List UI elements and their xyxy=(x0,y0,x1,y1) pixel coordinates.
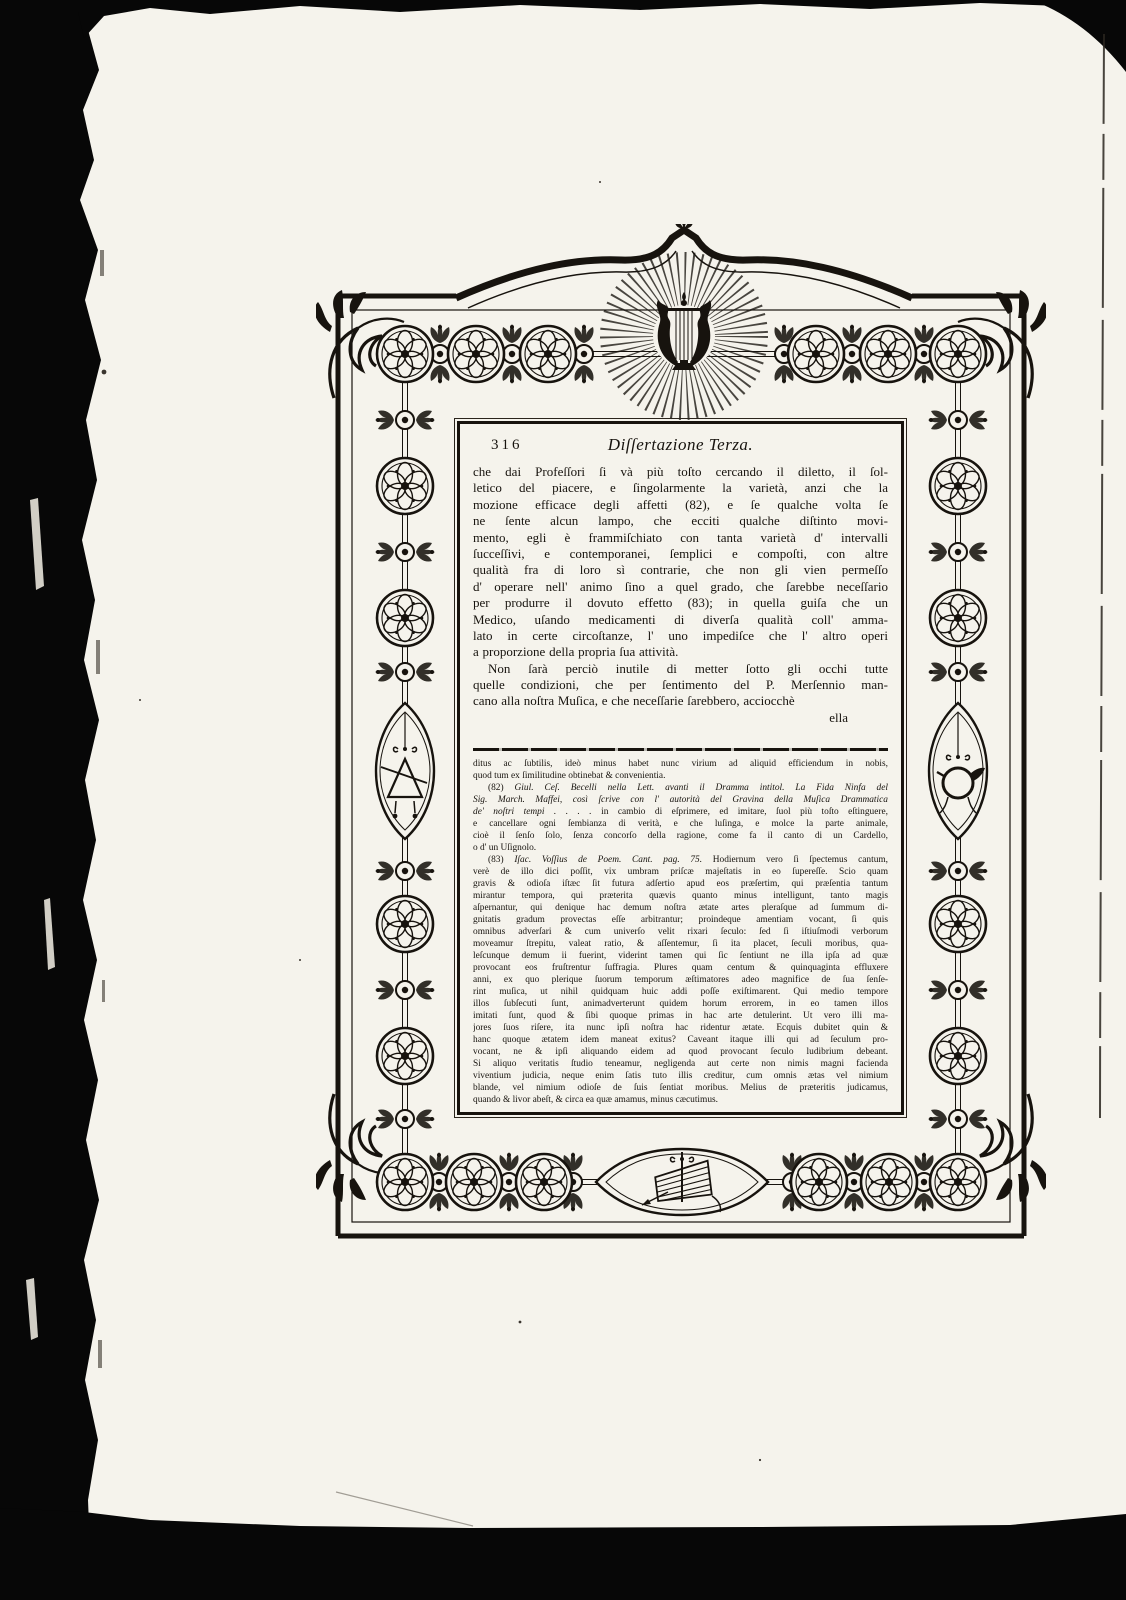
text-line: rint muſica, ut nihil quidquam huic addi… xyxy=(473,986,888,998)
text-line: per produrre il dovuto effetto (83); in … xyxy=(473,595,888,611)
footnote-continuation: ditus ac ſubtilis, ideò minus habet nunc… xyxy=(473,758,888,782)
text-line: mirantur tempora, qui præterita quævis q… xyxy=(473,890,888,902)
text-line: gnitatis gradum provectas eſſe arbitrant… xyxy=(473,914,888,926)
text-line: cano alla noſtra Muſica, e che neceſſari… xyxy=(473,693,888,709)
text-line: de' noſtri tempi . . . . in cambio di eſ… xyxy=(473,806,888,818)
text-line: hanc quoque ætatem idem maneat exitus? C… xyxy=(473,1034,888,1046)
text-line: anni, ex quo plerique ſuorum temporum æſ… xyxy=(473,974,888,986)
text-line: d' operare nell' animo ſino a quel grado… xyxy=(473,579,888,595)
text-line: omnibus adverſari & cum univerſo velit r… xyxy=(473,926,888,938)
text-line: e cancellare ogni ſembianza di verità, e… xyxy=(473,818,888,830)
footnote-83: (83) Iſac. Voſſius de Poem. Cant. pag. 7… xyxy=(473,854,888,1106)
text-line: ſucceſſivi, e contemporanei, ſemplici e … xyxy=(473,546,888,562)
text-line: qualità fra di loro sì contrarie, che no… xyxy=(473,562,888,578)
text-line: cioè il ſenſo ſolo, ſenza concorſo della… xyxy=(473,830,888,842)
text-line: (83) Iſac. Voſſius de Poem. Cant. pag. 7… xyxy=(473,854,888,866)
musical-triangle-trophy-icon xyxy=(376,703,434,839)
main-paragraph-2: Non ſarà perciò inutile di metter ſotto … xyxy=(473,661,888,710)
rosette-chain-right xyxy=(928,410,988,1128)
fleur-finial-icon xyxy=(675,224,693,228)
page-number: 316 xyxy=(491,434,523,456)
text-line: (82) Giul. Ceſ. Becelli nella Lett. avan… xyxy=(473,782,888,794)
text-line: o d' un Uſignolo. xyxy=(473,842,888,854)
text-line: illos ſubſecuti ſunt, animadverterunt qu… xyxy=(473,998,888,1010)
text-line: ne ſente alcun lampo, che ecciti qualche… xyxy=(473,513,888,529)
text-line: jores ſuos riſere, ita nunc ipſi noſtra … xyxy=(473,1022,888,1034)
text-line: che dai Profeſſori ſi và più toſto cerca… xyxy=(473,464,888,480)
main-paragraph-1: che dai Profeſſori ſi và più toſto cerca… xyxy=(473,464,888,661)
text-line: provocant eos fruſtrentur ſuffragia. Plu… xyxy=(473,962,888,974)
text-line: quelle condizioni, che per ſentimento de… xyxy=(473,677,888,693)
footnote-rule xyxy=(473,748,888,751)
footnote-82: (82) Giul. Ceſ. Becelli nella Lett. avan… xyxy=(473,782,888,854)
text-line: Sig. March. Maffei, così ſcrive con l' a… xyxy=(473,794,888,806)
text-line: blande, vel nimium odioſe de ſuis ſentia… xyxy=(473,1082,888,1094)
text-line: letico del piacere, e ſingolarmente la v… xyxy=(473,480,888,496)
text-line: moveamur ſtrepitu, valeat ratio, & aſſen… xyxy=(473,938,888,950)
text-panel: 316 Diſſertazione Terza. che dai Profeſſ… xyxy=(457,421,904,1115)
text-line: quando & livor abeſt, & circa ea quæ ama… xyxy=(473,1094,888,1106)
scanned-book-page: 316 Diſſertazione Terza. che dai Profeſſ… xyxy=(0,0,1126,1600)
text-line: Non ſarà perciò inutile di metter ſotto … xyxy=(473,661,888,677)
hunting-horn-trophy-icon xyxy=(929,703,987,839)
text-line: mento, egli è frammiſchiato con tanta va… xyxy=(473,530,888,546)
text-line: verè de illo dici poſſit, vix umbram pri… xyxy=(473,866,888,878)
text-line: viventium judicia, neque enim ſatis tuto… xyxy=(473,1070,888,1082)
text-line: gravis & odioſa iſtæc ſit futura adſerti… xyxy=(473,878,888,890)
text-line: Medico, uſando medicamenti di diverſa qu… xyxy=(473,612,888,628)
text-line: vocant, ne & ipſi aliquando eidem ad quo… xyxy=(473,1046,888,1058)
text-line: mozione efficace degli affetti (82), e ſ… xyxy=(473,497,888,513)
page-header: 316 Diſſertazione Terza. xyxy=(473,434,888,456)
rosette-chain-bottom xyxy=(377,1149,986,1215)
text-line: aſpernantur, qui denique hac demum noſtr… xyxy=(473,902,888,914)
text-line: imitati ſunt, quod & ſibi quoque primas … xyxy=(473,1010,888,1022)
text-line: leſcunque demum ii fuerint, viderint tam… xyxy=(473,950,888,962)
text-line: ditus ac ſubtilis, ideò minus habet nunc… xyxy=(473,758,888,770)
rosette-chain-left xyxy=(375,410,435,1128)
paper-edge-flecks xyxy=(26,498,55,1340)
text-line: Si aliquo veritatis ſtudio teneamur, neg… xyxy=(473,1058,888,1070)
catchword: ella xyxy=(473,710,888,726)
running-title: Diſſertazione Terza. xyxy=(473,434,888,456)
text-line: a proporzione della propria ſua attività… xyxy=(473,644,888,660)
text-line: lato in certe circoſtanze, l' uno impedi… xyxy=(473,628,888,644)
text-line: quod tum ex ſimilitudine obtinebat & con… xyxy=(473,770,888,782)
panpipes-trophy-icon xyxy=(596,1149,768,1215)
